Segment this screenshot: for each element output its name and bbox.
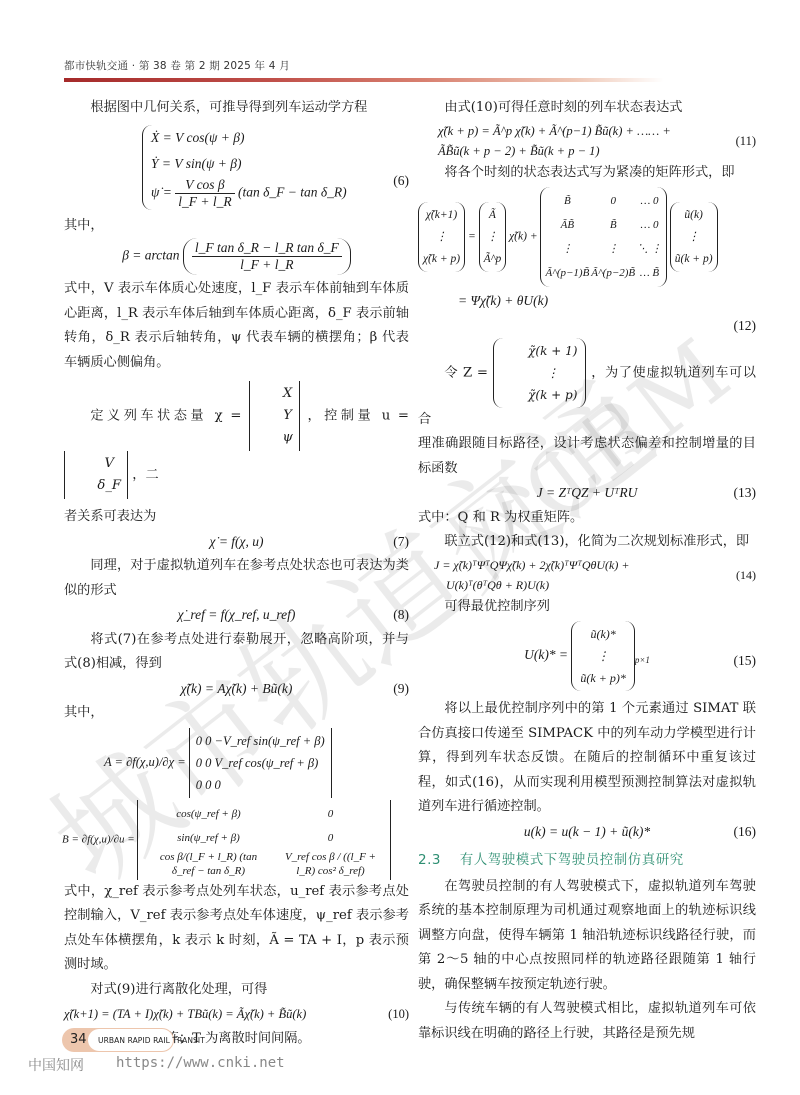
equation-body: = Ψχ̃(k) + θU(k) — [458, 293, 548, 308]
matrix-cell: 0 — [274, 802, 386, 826]
equation-number: (11) — [736, 131, 756, 151]
vector-entry: Y — [256, 405, 293, 427]
matrix-cell: cos β/(l_F + l_R) (tan δ_ref − tan δ_R) — [142, 850, 274, 878]
equation-lhs: β = arctan — [122, 248, 179, 263]
matrix-cell: V_ref cos β / ((l_F + l_R) cos² δ_ref) — [274, 850, 386, 878]
vector-entry: ⋮ — [502, 362, 578, 384]
paragraph: 将以上最优控制序列中的第 1 个元素通过 SIMAT 联合仿真接口传递至 SIM… — [418, 697, 756, 820]
equation-6: Ẋ = V cos(ψ + β) Ẏ = V sin(ψ + β) ψ̇ = V… — [142, 125, 409, 210]
paragraph: 其中， — [64, 214, 409, 239]
matrix-cell: B̃ — [544, 189, 590, 213]
matrix-cell: cos(ψ_ref + β) — [142, 802, 274, 826]
lhs-vector: χ̃(k+1) ⋮ χ̃(k + p) — [418, 202, 465, 272]
matrix-row: ⋮⋮⋱ ⋮ — [544, 237, 662, 261]
vector-entry: χ̃(k+1) — [423, 204, 460, 226]
equation-number: (8) — [393, 603, 409, 628]
equation-lhs: A = ∂f(χ,u)/∂χ = — [104, 754, 186, 768]
equation-tail: (tan δ_F − tan δ_R) — [238, 184, 347, 199]
paragraph: 式中：Q 和 R 为权重矩阵。 — [418, 506, 756, 531]
fraction: l_F tan δ_R − l_R tan δ_F l_F + l_R — [192, 240, 342, 273]
equation-number: (16) — [734, 820, 757, 845]
vector-entry: δ_F — [71, 475, 121, 497]
equation-number: (10) — [388, 1002, 409, 1027]
equation-line: U(k)ᵀ(θᵀQθ + R)U(k) — [446, 575, 756, 595]
A-matrix: 0 0 −V_ref sin(ψ_ref + β) 0 0 V_ref cos(… — [189, 728, 332, 798]
left-column: 根据图中几何关系，可推导得到列车运动学方程 Ẋ = V cos(ψ + β) Ẏ… — [64, 96, 409, 1051]
fraction: V cos β l_F + l_R — [175, 177, 234, 210]
equation-number: (12) — [734, 314, 757, 339]
equation-mid: χ̃(k) + — [509, 231, 537, 243]
equation-number: (9) — [393, 677, 409, 702]
vector-entry: ũ(k) — [675, 204, 713, 226]
A-power-vector: Ã ⋮ Ã^p — [479, 202, 507, 272]
vector-entry: ⋮ — [423, 226, 460, 248]
equation-line: J = χ̃(k)ᵀΨᵀQΨχ̃(k) + 2χ̃(k)ᵀΨᵀQθU(k) + — [434, 555, 756, 575]
vector-entry: ũ(k + p)* — [580, 667, 625, 689]
text: ，控制量 u = — [307, 409, 409, 424]
equation-line: ÃB̃ũ(k + p − 2) + B̃ũ(k + p − 1) — [438, 141, 756, 161]
matrix-cell: 0 — [590, 189, 636, 213]
matrix-row: 0 0 0 — [196, 774, 325, 796]
matrix-row: cos β/(l_F + l_R) (tan δ_ref − tan δ_R) … — [142, 850, 386, 878]
paragraph: 联立式(12)和式(13)，化简为二次规划标准形式，即 — [418, 530, 756, 555]
equation-line: ψ̇ = V cos β l_F + l_R (tan δ_F − tan δ_… — [151, 177, 347, 210]
cnki-url[interactable]: https://www.cnki.net — [116, 1055, 285, 1071]
subscript: p×1 — [635, 655, 650, 665]
matrix-cell: … B̃ — [636, 261, 663, 285]
matrix-row: sin(ψ_ref + β) 0 — [142, 826, 386, 850]
equation-15: U(k)* = ũ(k)* ⋮ ũ(k + p)* p×1 (15) — [418, 621, 756, 691]
B-matrix-equation: B = ∂f(χ,u)/∂u = cos(ψ_ref + β) 0 sin(ψ_… — [62, 800, 409, 880]
section-number: 2.3 — [418, 852, 441, 868]
paragraph: 同理，对于虚拟轨道列车在参考点处状态也可表达为类似的形式 — [64, 554, 409, 603]
vector-entry: Ã — [484, 204, 502, 226]
state-vector: X Y ψ — [249, 381, 300, 451]
denominator: l_F + l_R — [175, 194, 234, 210]
equation-13: J = ZᵀQZ + UᵀRU (13) — [418, 481, 756, 506]
vector-entry: χ̃(k + p) — [423, 248, 460, 270]
equation-body: u(k) = u(k − 1) + ũ(k)* — [524, 824, 650, 839]
equation-body: χ̃̇(k) = Aχ̃(k) + Bũ(k) — [181, 681, 293, 696]
equation-11: χ̃(k + p) = Ã^p χ̃(k) + Ã^(p−1) B̃ũ(k) +… — [438, 121, 756, 161]
text: 定义列车状态量 χ = — [90, 409, 241, 424]
paren-group: l_F tan δ_R − l_R tan δ_F l_F + l_R — [183, 238, 351, 275]
matrix-cell: Ã^(p−2)B̃ — [590, 261, 636, 285]
equation-lhs: U(k)* = — [524, 647, 568, 662]
equation-10: χ̃(k+1) = (TA + I)χ̃(k) + TBũ(k) = Ãχ̃(k… — [64, 1002, 409, 1027]
matrix-cell: ⋮ — [544, 237, 590, 261]
equation-lhs: B = ∂f(χ,u)/∂u = — [62, 833, 135, 845]
equation-16: u(k) = u(k − 1) + ũ(k)* (16) — [418, 820, 756, 845]
equation-9: χ̃̇(k) = Aχ̃(k) + Bũ(k) (9) — [64, 677, 409, 702]
paragraph: 者关系可表达为 — [64, 505, 409, 530]
cnki-name: 中国知网 — [28, 1055, 84, 1075]
right-column: 由式(10)可得任意时刻的列车状态表达式 χ̃(k + p) = Ã^p χ̃(… — [418, 96, 756, 1046]
equation-body: χ̇ = f(χ, u) — [210, 534, 264, 549]
B-matrix-table: cos(ψ_ref + β) 0 sin(ψ_ref + β) 0 cos β/… — [142, 802, 386, 878]
vector-entry: ψ — [256, 427, 293, 449]
header-rule — [64, 78, 664, 82]
block-matrix-table: B̃0… 0 ÃB̃B̃… 0 ⋮⋮⋱ ⋮ Ã^(p−1)B̃Ã^(p−2)B̃… — [544, 189, 662, 285]
matrix-row: Ã^(p−1)B̃Ã^(p−2)B̃… B̃ — [544, 261, 662, 285]
vector-entry: V — [71, 453, 121, 475]
A-matrix-equation: A = ∂f(χ,u)/∂χ = 0 0 −V_ref sin(ψ_ref + … — [104, 728, 409, 798]
page-number: 34 — [70, 1032, 87, 1047]
paragraph: 将式(7)在参考点处进行泰勒展开，忽略高阶项，并与式(8)相减，得到 — [64, 628, 409, 677]
state-definition: 定义列车状态量 χ = X Y ψ ，控制量 u = V δ_F ，二 — [64, 381, 409, 499]
section-title: 有人驾驶模式下驾驶员控制仿真研究 — [460, 852, 684, 868]
equation-14: J = χ̃(k)ᵀΨᵀQΨχ̃(k) + 2χ̃(k)ᵀΨᵀQθU(k) + … — [434, 555, 756, 595]
paragraph: 式中，χ_ref 表示参考点处列车状态，u_ref 表示参考点处控制输入，V_r… — [64, 880, 409, 978]
equation-body: χ̃(k+1) = (TA + I)χ̃(k) + TBũ(k) = Ãχ̃(k… — [64, 1007, 306, 1021]
vector-entry: X — [256, 383, 293, 405]
matrix-cell: … 0 — [636, 189, 663, 213]
equation-line: Ẋ = V cos(ψ + β) — [151, 125, 347, 151]
vector-entry: χ̃(k + 1) — [502, 340, 578, 362]
B-matrix: cos(ψ_ref + β) 0 sin(ψ_ref + β) 0 cos β/… — [137, 800, 391, 880]
Z-definition: 令 Z = χ̃(k + 1) ⋮ χ̃(k + p) ，为了使虚拟轨道列车可以… — [418, 338, 756, 433]
paragraph: 对式(9)进行离散化处理，可得 — [64, 978, 409, 1003]
paragraph: 在驾驶员控制的有人驾驶模式下，虚拟轨道列车驾驶系统的基本控制原理为司机通过观察地… — [418, 875, 756, 998]
matrix-row: B̃0… 0 — [544, 189, 662, 213]
matrix-row: 0 0 −V_ref sin(ψ_ref + β) — [196, 730, 325, 752]
matrix-cell: ⋱ ⋮ — [636, 237, 663, 261]
equation-body: J = ZᵀQZ + UᵀRU — [537, 485, 638, 500]
vector-entry: ⋮ — [580, 645, 625, 667]
matrix-cell: Ã^(p−1)B̃ — [544, 261, 590, 285]
paragraph: 与传统车辆的有人驾驶模式相比，虚拟轨道列车可依靠标识线在明确的路径上行驶，其路径… — [418, 997, 756, 1046]
control-vector: V δ_F — [64, 451, 128, 499]
paragraph: 将各个时刻的状态表达式写为紧凑的矩阵形式，即 — [418, 161, 756, 186]
equation-number: (14) — [736, 565, 756, 585]
paragraph: 由式(10)可得任意时刻的列车状态表达式 — [418, 96, 756, 121]
equation-line: χ̃(k + p) = Ã^p χ̃(k) + Ã^(p−1) B̃ũ(k) +… — [438, 121, 756, 141]
matrix-row: ÃB̃B̃… 0 — [544, 213, 662, 237]
block-matrix: B̃0… 0 ÃB̃B̃… 0 ⋮⋮⋱ ⋮ Ã^(p−1)B̃Ã^(p−2)B̃… — [540, 187, 666, 287]
section-heading: 2.3 有人驾驶模式下驾驶员控制仿真研究 — [418, 848, 756, 873]
vector-entry: ũ(k)* — [580, 623, 625, 645]
vector-entry: ⋮ — [484, 226, 502, 248]
matrix-cell: … 0 — [636, 213, 663, 237]
Z-vector: χ̃(k + 1) ⋮ χ̃(k + p) — [493, 338, 587, 408]
matrix-cell: ÃB̃ — [544, 213, 590, 237]
equation-12-number-row: (12) — [418, 314, 756, 338]
equation-8: χ̇_ref = f(χ_ref, u_ref) (8) — [64, 603, 409, 628]
equation-lhs: ψ̇ = — [151, 184, 172, 199]
numerator: l_F tan δ_R − l_R tan δ_F — [192, 240, 342, 257]
paragraph: 可得最优控制序列 — [418, 595, 756, 620]
equation-number: (13) — [734, 481, 757, 506]
paragraph: 式中，V 表示车体质心处速度，l_F 表示车体前轴到车体质心距离，l_R 表示车… — [64, 277, 409, 375]
equation-number: (15) — [734, 649, 757, 674]
matrix-cell: ⋮ — [590, 237, 636, 261]
vector-entry: χ̃(k + p) — [502, 384, 578, 406]
numerator: V cos β — [175, 177, 234, 194]
matrix-row: cos(ψ_ref + β) 0 — [142, 802, 386, 826]
equation-12: χ̃(k+1) ⋮ χ̃(k + p) = Ã ⋮ Ã^p χ̃(k) + B̃… — [418, 187, 756, 287]
equation-line: Ẏ = V sin(ψ + β) — [151, 151, 347, 177]
equation-number: (6) — [393, 169, 409, 194]
vector-entry: ũ(k + p) — [675, 248, 713, 270]
matrix-row: 0 0 V_ref cos(ψ_ref + β) — [196, 752, 325, 774]
paragraph: 理准确跟随目标路径，设计考虑状态偏差和控制增量的目标函数 — [418, 432, 756, 481]
equation-brace: Ẋ = V cos(ψ + β) Ẏ = V sin(ψ + β) ψ̇ = V… — [142, 125, 347, 210]
matrix-cell: 0 — [274, 826, 386, 850]
matrix-cell: sin(ψ_ref + β) — [142, 826, 274, 850]
paragraph: 根据图中几何关系，可推导得到列车运动学方程 — [64, 96, 409, 121]
equation-7: χ̇ = f(χ, u) (7) — [64, 530, 409, 555]
vector-entry: ⋮ — [675, 226, 713, 248]
beta-equation: β = arctan l_F tan δ_R − l_R tan δ_F l_F… — [64, 238, 409, 275]
text: ，二 — [132, 468, 158, 483]
paragraph: 其中， — [64, 701, 409, 726]
journal-header: 都市快轨交通 · 第 38 卷 第 2 期 2025 年 4 月 — [64, 58, 290, 73]
footer-journal-name: URBAN RAPID RAIL TRANSIT — [98, 1036, 205, 1045]
text: 令 Z = — [444, 365, 488, 380]
matrix-cell: B̃ — [590, 213, 636, 237]
equation-12-line2: = Ψχ̃(k) + θU(k) — [458, 289, 756, 314]
denominator: l_F + l_R — [192, 257, 342, 273]
equation-number: (7) — [393, 530, 409, 555]
equation-body: χ̇_ref = f(χ_ref, u_ref) — [178, 607, 296, 622]
u-vector: ũ(k) ⋮ ũ(k + p) — [670, 202, 718, 272]
vector-entry: Ã^p — [484, 248, 502, 270]
optimal-vector: ũ(k)* ⋮ ũ(k + p)* — [571, 621, 634, 691]
